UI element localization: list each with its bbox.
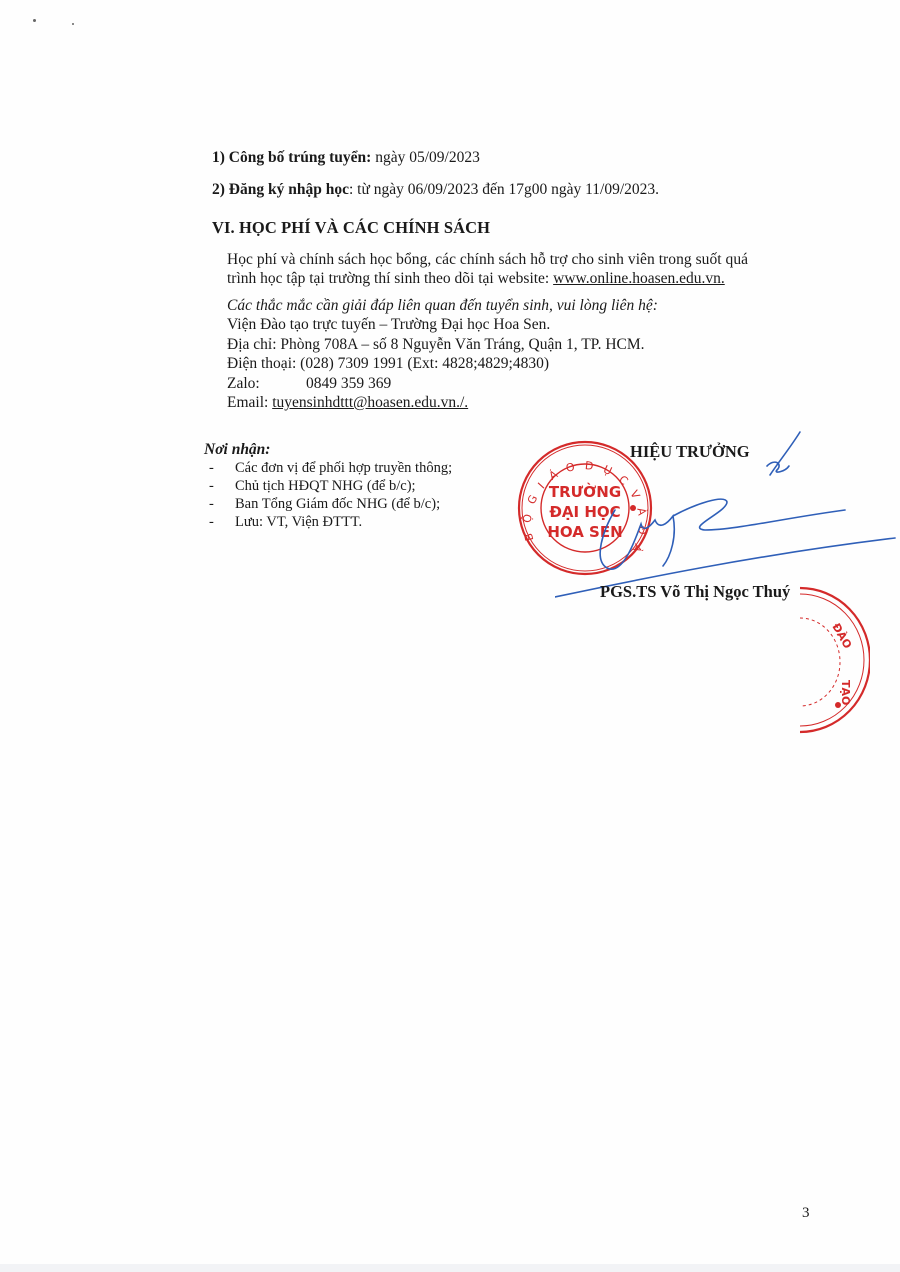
scan-speck xyxy=(33,19,36,22)
signatory-name: PGS.TS Võ Thị Ngọc Thuý xyxy=(600,582,790,602)
bullet-dash: - xyxy=(205,460,235,477)
schedule-label: 1) Công bố trúng tuyển: xyxy=(212,149,371,166)
contact-address: Địa chỉ: Phòng 708A – số 8 Nguyễn Văn Tr… xyxy=(227,335,645,355)
tuition-text-line2: trình học tập tại trường thí sinh theo d… xyxy=(227,269,725,289)
recipient-text: Các đơn vị để phối hợp truyền thông; xyxy=(235,460,452,476)
bullet-dash: - xyxy=(205,514,235,531)
svg-text:ĐÀO: ĐÀO xyxy=(829,621,854,651)
contact-email: Email: tuyensinhdttt@hoasen.edu.vn./. xyxy=(227,393,468,413)
bullet-dash: - xyxy=(205,496,235,513)
recipient-text: Chủ tịch HĐQT NHG (để b/c); xyxy=(235,478,416,494)
scan-speck xyxy=(72,23,74,25)
section-title: VI. HỌC PHÍ VÀ CÁC CHÍNH SÁCH xyxy=(212,218,490,238)
schedule-value: ngày 05/09/2023 xyxy=(371,149,480,166)
tuition-text-line1: Học phí và chính sách học bổng, các chín… xyxy=(227,250,813,270)
recipient-item: -Ban Tổng Giám đốc NHG (để b/c); xyxy=(205,496,440,513)
contact-phone: Điện thoại: (028) 7309 1991 (Ext: 4828;4… xyxy=(227,354,549,374)
tuition-text: trình học tập tại trường thí sinh theo d… xyxy=(227,270,553,287)
page-number: 3 xyxy=(802,1205,810,1222)
recipient-text: Lưu: VT, Viện ĐTTT. xyxy=(235,514,362,530)
recipients-title: Nơi nhận: xyxy=(204,440,270,460)
contact-zalo: Zalo:0849 359 369 xyxy=(227,374,391,394)
scan-edge xyxy=(0,1264,900,1272)
zalo-number: 0849 359 369 xyxy=(306,375,391,392)
website-link[interactable]: www.online.hoasen.edu.vn. xyxy=(553,270,725,287)
recipient-item: -Chủ tịch HĐQT NHG (để b/c); xyxy=(205,478,416,495)
schedule-item-enrollment: 2) Đăng ký nhập học: từ ngày 06/09/2023 … xyxy=(212,180,659,200)
contact-intro: Các thắc mắc cần giải đáp liên quan đến … xyxy=(227,296,658,316)
schedule-item-announcement: 1) Công bố trúng tuyển: ngày 05/09/2023 xyxy=(212,148,480,168)
recipient-item: -Lưu: VT, Viện ĐTTT. xyxy=(205,514,362,531)
recipient-text: Ban Tổng Giám đốc NHG (để b/c); xyxy=(235,496,440,512)
svg-text:TẠO: TẠO xyxy=(839,680,852,705)
email-label: Email: xyxy=(227,394,272,411)
email-link[interactable]: tuyensinhdttt@hoasen.edu.vn./. xyxy=(272,394,468,411)
bullet-dash: - xyxy=(205,478,235,495)
document-page: 1) Công bố trúng tuyển: ngày 05/09/2023 … xyxy=(0,0,900,1272)
zalo-label: Zalo: xyxy=(227,374,306,394)
schedule-value: : từ ngày 06/09/2023 đến 17g00 ngày 11/0… xyxy=(349,181,659,198)
recipient-item: -Các đơn vị để phối hợp truyền thông; xyxy=(205,460,452,477)
schedule-label: 2) Đăng ký nhập học xyxy=(212,181,349,198)
contact-institute: Viện Đào tạo trực tuyến – Trường Đại học… xyxy=(227,315,550,335)
